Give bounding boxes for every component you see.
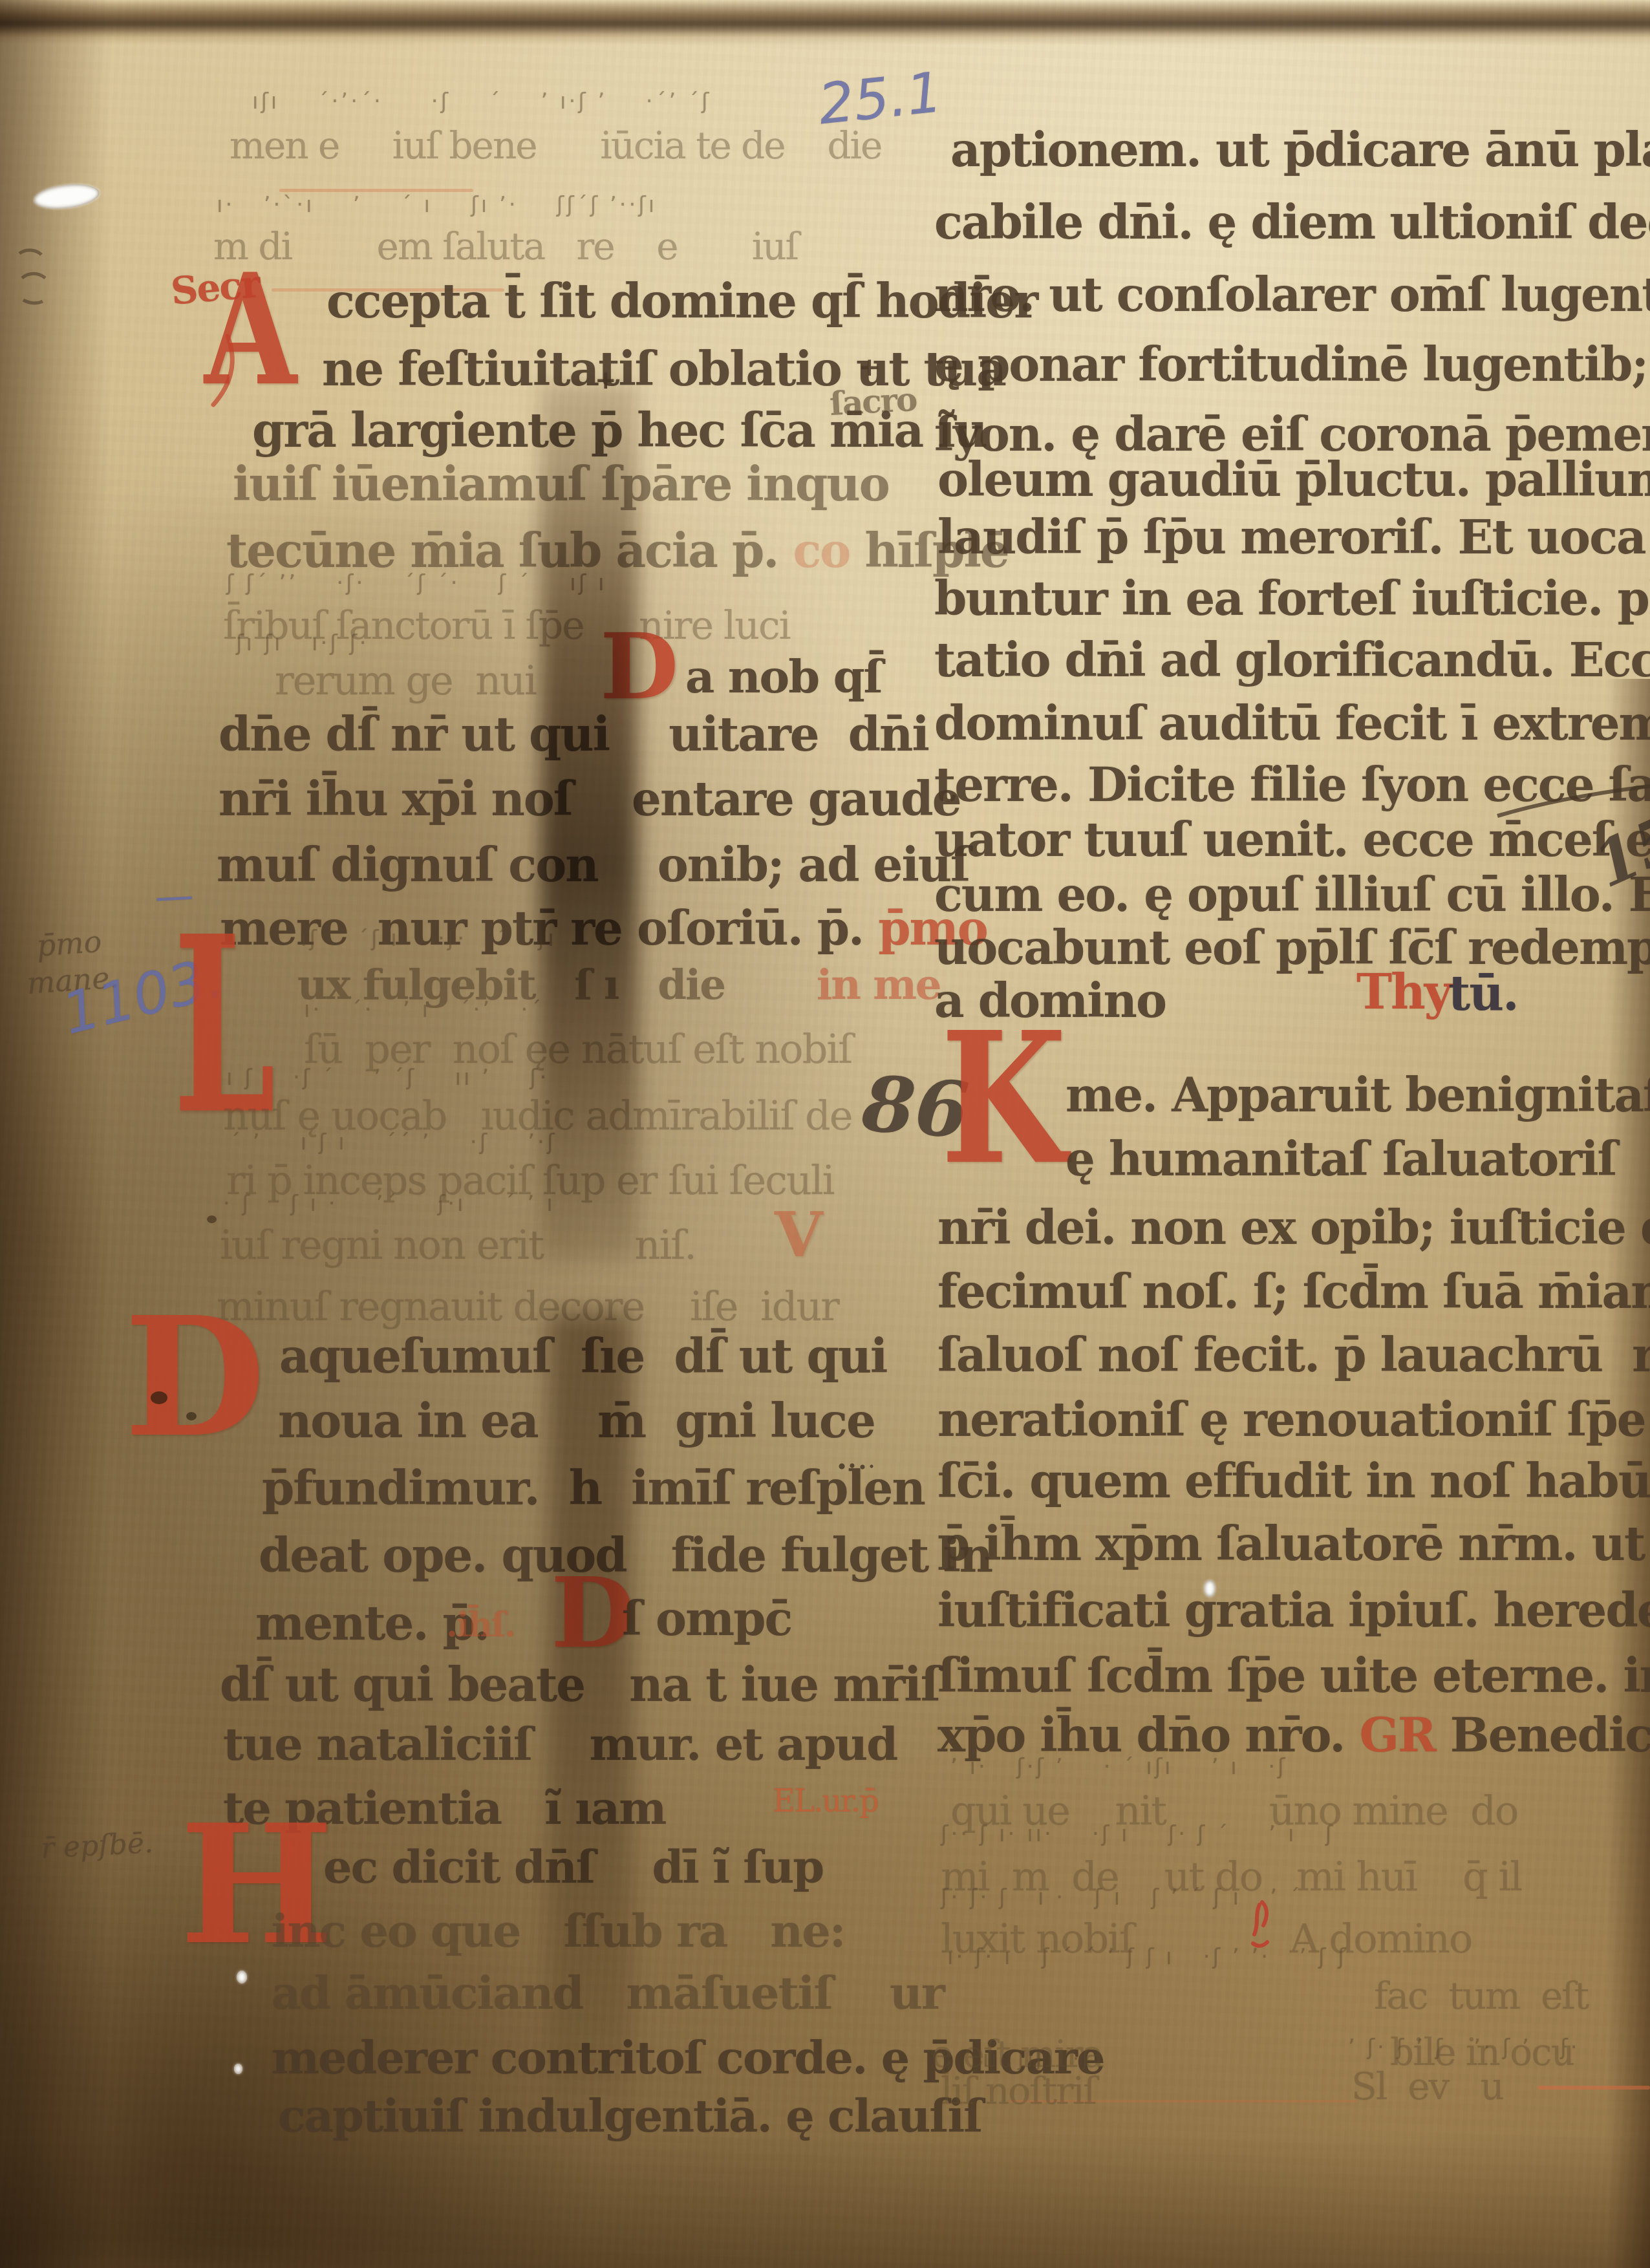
rubric-el-run-0: EL.ur.p̄ [773, 1783, 878, 1819]
line-l30-run-0: ad āmūciand māſuetiſ ur [272, 1966, 944, 2020]
ink-speck [207, 1215, 217, 1223]
line-r10-run-0: dominuſ auditū fecit ī extremiſ [934, 696, 1650, 751]
rubric-ihs-run-0: .ih̄ſ. [446, 1605, 515, 1645]
line-r23-run-0: p̄ ih̄m xp̄m ſaluatorē nr̄m. ut [937, 1516, 1644, 1571]
line-l9b: a nob qſ̄ [685, 654, 882, 700]
initial-d1-run-0: D [600, 614, 678, 720]
neume-row-32a: ıı ʃıʃ ʼ·ʃ [983, 2048, 1091, 2069]
punch-hole [237, 1971, 247, 1984]
rubric-ihs: .ih̄ſ. [446, 1609, 515, 1642]
line-r22-run-0: ſc̄i. quem effudit in noſ habūde [937, 1453, 1650, 1508]
line-r9-run-0: tatio dn̄i ad glorificandū. Ecce [934, 632, 1650, 687]
line-l10: dn̄e dſ̄ nr̄ ut qui uitare dn̄i [219, 711, 928, 758]
horizontal-crease-bottom [0, 0, 1650, 37]
pencil-251: 25.1 [816, 65, 945, 133]
line-l21-run-0: noua in ea m̄ gni luce [278, 1393, 875, 1448]
cross-2: + [859, 354, 879, 380]
line-l29-run-0: inc eo que ſſub ra ne: [272, 1904, 845, 1958]
line-l11-run-0: nr̄i ih̄u xp̄i noſ entare gaude [219, 771, 960, 826]
neume-row-9-run-0: ʃı ʃı ı·ʃ ʃ· [236, 630, 369, 656]
neume-row-16-run-0: ı ʃ ·ʃ ˊ ʼ ˊʃ ıı ʼ ʃ· [226, 1065, 549, 1091]
line-r19: fecimuſ noſ. ſ; ſcd̄m ſuā m̄iam [937, 1268, 1650, 1315]
neume-row-18-run-0: · ʃ ʃ ı · ʼˊ ʃ·ı ˊ ʼ ı [223, 1191, 555, 1217]
neume-row-29: ʃ· ʃ· ʃ ı · ʃ ı ʃ ʼ ˊ ʃ ı ʼ ˊ [941, 1887, 1303, 1909]
neume-row-17-run-0: ˊ ʼ ı ʃ ı ˊˊ ʼ ·ʃ ʼ·ʃ [230, 1129, 557, 1155]
line-l25: dſ̄ ut qui beate na t iue mr̄iſ [220, 1662, 939, 1708]
line-r20: ſaluoſ noſ fecit. p̄ lauachrū re [937, 1332, 1650, 1378]
neume-row-17: ˊ ʼ ı ʃ ı ˊˊ ʼ ·ʃ ʼ·ʃ [230, 1131, 557, 1153]
line-r14: uocabunt eoſ pp̄lſ ſc̄ſ redempti [934, 925, 1650, 971]
neume-row-14-run-0: ıʃ ˊʃ ı ·ʃ· ʼˊ ʃı [301, 926, 557, 952]
line-l21: noua in ea m̄ gni luce [278, 1398, 875, 1444]
line-l25-run-0: dſ̄ ut qui beate na t iue mr̄iſ [220, 1657, 939, 1712]
line-l20-run-0: aqueſumuſ ſıe dſ̄ ut qui [279, 1329, 886, 1384]
neume-row-32a-run-0: ıı ʃıʃ ʼ·ʃ [983, 2046, 1091, 2071]
line-l18-run-0: iuſ regni non erit niſ. [220, 1221, 696, 1268]
line-l19: minuſ regnauit decore iſe idur [217, 1287, 839, 1327]
neume-row-8: ʃ ʃˊ ʼʼ ·ʃ· ˊʃ ˊ· ʃ ˊ ıʃ ı [226, 572, 606, 594]
line-l15: ſū per noſ ęe nātuſ eſt nobiſ [304, 1029, 852, 1069]
line-l24b: ſ ompc̄ [622, 1596, 791, 1642]
line-r2-run-0: cabile dn̄i. ę diem ultioniſ deo [934, 195, 1650, 250]
initial-v-run-0: V [775, 1198, 822, 1271]
initial-d2-run-0: D [124, 1282, 266, 1473]
line-r30: fac tum eſt [1374, 1977, 1588, 2015]
line-r22: ſc̄i. quem effudit in noſ habūde [937, 1458, 1650, 1504]
rubric-el: EL.ur.p̄ [773, 1786, 878, 1817]
line-r8-run-0: buntur in ea forteſ iuſticie. plā [934, 571, 1650, 626]
line-l9-run-0: rerum ge nui [275, 657, 536, 704]
margin-epsbe: r̄ epſbē. [40, 1829, 154, 1863]
tear-slit [32, 181, 101, 212]
line-l12-run-0: muſ dignuſ con onib; ad eiuſ [217, 837, 969, 892]
initial-d2: D [124, 1296, 266, 1459]
line-l3: ccepta t̄ ſit domine qſ̄ hodier [327, 278, 1037, 325]
bottom-edge-shade [0, 2134, 1650, 2268]
cross-1: + [595, 367, 616, 393]
line-r23: p̄ ih̄m xp̄m ſaluatorē nr̄m. ut [937, 1521, 1644, 1567]
neume-row-2: ı· ʼ·ˋ·ı ʼ ˊ ı ʃı ʼ· ʃʃˊʃ ʼ··ʃı [217, 194, 657, 216]
line-l7-run-1: co [793, 523, 850, 578]
line-l24b-run-0: ſ ompc̄ [622, 1591, 791, 1646]
line-r6: oleum gaudiū p̄luctu. pallium [937, 456, 1650, 503]
line-l32: captiuiſ indulgentiā. ę clauſiſ [278, 2093, 981, 2139]
neume-row-14: ıʃ ˊʃ ı ·ʃ· ʼˊ ʃı [301, 928, 557, 950]
line-r7-run-0: laudiſ p̄ ſp̄u meroriſ. Et uoca [937, 509, 1645, 564]
gutter-sacro: ſacro [829, 383, 917, 420]
left-edge-scribble [19, 250, 45, 303]
line-r15b-run-0: tū. [1448, 966, 1518, 1022]
line-r2: cabile dn̄i. ę diem ultioniſ deo [934, 199, 1650, 246]
line-r13: cum eo. ę opuſ illiuſ cū illo. Et [934, 872, 1650, 918]
neume-row-29-run-0: ʃ· ʃ· ʃ ı · ʃ ı ʃ ʼ ˊ ʃ ı ʼ ˊ [941, 1885, 1303, 1910]
rubric-thy: Thy [1356, 968, 1451, 1016]
margin-pmo: p̄mo [36, 926, 103, 961]
line-r5: ſyon. ę darē eiſ coronā p̄emere [934, 411, 1650, 458]
line-r4: ę ponar fortitudinē lugentib; [934, 341, 1647, 388]
neume-row-15: ı· ˊ· ʼ ı ˊ·ʼ ·ˊ [304, 999, 544, 1021]
line-l26-run-0: tue nataliciiſ mur. et apud [223, 1717, 897, 1771]
neume-row-9: ʃı ʃı ı·ʃ ʃ· [236, 632, 369, 654]
line-r32b-run-0: Sl ev u [1351, 2064, 1503, 2108]
neume-row-2-run-0: ı· ʼ·ˋ·ı ʼ ˊ ı ʃı ʼ· ʃʃˊʃ ʼ··ʃı [217, 192, 657, 218]
line-r12: uator tuuſ uenit. ecce m̄ceſ eiuſ [934, 817, 1650, 863]
line-l1-run-0: men e iuſ bene iūcia te de die [230, 123, 881, 167]
initial-d1: D [600, 622, 678, 712]
line-l30: ad āmūciand māſuetiſ ur [272, 1971, 944, 2016]
line-r7: laudiſ p̄ ſp̄u meroriſ. Et uoca [937, 514, 1645, 561]
line-l26: tue nataliciiſ mur. et apud [223, 1722, 897, 1767]
line-l20: aqueſumuſ ſıe dſ̄ ut qui [279, 1333, 886, 1380]
line-l12: muſ dignuſ con onib; ad eiuſ [217, 842, 969, 888]
line-l9: rerum ge nui [275, 661, 536, 701]
margin-epsbe-run-0: r̄ epſbē. [40, 1826, 154, 1865]
neume-row-32b: ʼ ʃ· ʃ ʼ ʃ ʼ· ʃ ʼ ʃ· [1348, 2037, 1580, 2059]
line-r3-run-0: nr̄o. ut conſolarer om̄ſ lugenteſ [934, 267, 1650, 322]
line-r6-run-0: oleum gaudiū p̄luctu. pallium [937, 452, 1650, 507]
line-l6: iuiſ iūeniamuſ ſpāre inquo [233, 461, 889, 508]
initial-k-run-0: K [941, 992, 1067, 1205]
manuscript-page: ıʃı ˊ·ʼ·ˊ· ·ʃ ˊ ʼ ı·ʃ ʼ ·ˊʼ ˊʃmen e iuſ … [0, 0, 1650, 2268]
initial-a: A [204, 253, 297, 406]
line-r16: me. Apparuit benignitaſ [1066, 1072, 1650, 1118]
line-r17: ę humanitaſ ſaluatoriſ [1066, 1136, 1616, 1182]
line-l7: tecūne m̄ia ſub ācia p̄. co hīſplē [226, 528, 1009, 574]
neume-row-32b-run-0: ʼ ʃ· ʃ ʼ ʃ ʼ· ʃ ʼ ʃ· [1348, 2035, 1580, 2060]
neume-row-27: ʼ ı· ʃ·ʃ ʼ · ˊ ıʃı ʼ ı ·ʃ [950, 1756, 1287, 1778]
line-l11: nr̄i ih̄u xp̄i noſ entare gaude [219, 776, 960, 822]
line-l2-run-0: m di em ſaluta re e iuſ [213, 224, 798, 268]
neume-row-28-run-0: ʃ·· ʃ ı· ıı· ·ʃ ı ʃ· ʃ ˊ ʼ ı ʃ [941, 1821, 1335, 1847]
line-r32-run-0: liſ noſtriſ [941, 2069, 1096, 2113]
neume-row-28: ʃ·· ʃ ı· ıı· ·ʃ ı ʃ· ʃ ˊ ʼ ı ʃ [941, 1823, 1335, 1845]
line-r24: iuſtificati gratia ipiuſ. heredeſ [937, 1587, 1650, 1634]
line-l28: ec dicit dn̄ſ dī ĩ ſup [323, 1845, 823, 1890]
line-r14-run-0: uocabunt eoſ pp̄lſ ſc̄ſ redempti [934, 920, 1650, 975]
line-l1: men e iuſ bene iūcia te de die [230, 127, 881, 164]
line-r18-run-0: nr̄i dei. non ex opib; iuſticie que [937, 1200, 1650, 1255]
initial-v: V [775, 1204, 822, 1266]
line-l18: iuſ regni non erit niſ. [220, 1225, 696, 1265]
neume-row-15-run-0: ı· ˊ· ʼ ı ˊ·ʼ ·ˊ [304, 997, 544, 1023]
line-r18: nr̄i dei. non ex opib; iuſticie que [937, 1204, 1650, 1251]
neume-row-30: ı· ʃ· ı ʃ ˊ ˊ ʼ ʃ ʃ ı ·ʃ ʼ ʼ· ʼ ʃ ʃ [947, 1946, 1348, 1968]
neume-row-1-run-0: ıʃı ˊ·ʼ·ˊ· ·ʃ ˊ ʼ ı·ʃ ʼ ·ˊʼ ˊʃ [252, 89, 712, 114]
neume-row-8-run-0: ʃ ʃˊ ʼʼ ·ʃ· ˊʃ ˊ· ʃ ˊ ıʃ ı [226, 570, 606, 596]
line-r25: ſimuſ ſcd̄m ſp̄e uite eterne. in [937, 1653, 1650, 1699]
line-l22-run-0: p̄fundimur. h imīſ reſplen [262, 1460, 925, 1515]
line-r4-run-0: ę ponar fortitudinē lugentib; [934, 337, 1647, 392]
line-l9b-run-0: a nob qſ̄ [685, 650, 882, 703]
left-edge-shade [0, 0, 110, 2268]
line-r24-run-0: iuſtificati gratia ipiuſ. heredeſ [937, 1583, 1650, 1638]
line-r20-run-0: ſaluoſ noſ fecit. p̄ lauachrū re [937, 1327, 1650, 1382]
line-r10: dominuſ auditū fecit ī extremiſ [934, 700, 1650, 747]
line-r8: buntur in ea forteſ iuſticie. plā [934, 575, 1650, 622]
line-r26-run-2: Benedictuſ [1435, 1707, 1650, 1762]
line-r32: liſ noſtriſ [941, 2072, 1096, 2110]
line-l19-run-0: minuſ regnauit decore iſe idur [217, 1283, 839, 1330]
line-r32b: Sl ev u [1351, 2068, 1503, 2105]
pencil-251-run-0: 25.1 [815, 60, 945, 137]
line-r3: nr̄o. ut conſolarer om̄ſ lugenteſ [934, 272, 1650, 318]
rubric-thy-run-0: Thy [1356, 965, 1451, 1020]
horizontal-crease-top [0, 0, 1650, 45]
line-l6-run-0: iuiſ iūeniamuſ ſpāre inquo [233, 456, 889, 511]
line-r11: terre. Dicite filie ſyon ecce ſal [934, 762, 1650, 808]
punch-hole [1204, 1580, 1216, 1597]
cross-1-run-0: + [595, 365, 616, 395]
line-r25-run-0: ſimuſ ſcd̄m ſp̄e uite eterne. in [937, 1648, 1650, 1703]
line-l10-run-0: dn̄e dſ̄ nr̄ ut qui uitare dn̄i [219, 707, 928, 762]
line-r17-run-0: ę humanitaſ ſaluatoriſ [1066, 1131, 1616, 1186]
line-l3-run-0: ccepta t̄ ſit domine qſ̄ hodier [327, 273, 1037, 328]
line-r12-run-0: uator tuuſ uenit. ecce m̄ceſ eiuſ [934, 812, 1650, 867]
line-r15b: tū. [1448, 970, 1518, 1018]
neume-row-18: · ʃ ʃ ı · ʼˊ ʃ·ı ˊ ʼ ı [223, 1193, 555, 1215]
line-r11-run-0: terre. Dicite filie ſyon ecce ſal [934, 757, 1650, 812]
initial-a-run-0: A [204, 240, 297, 420]
line-l28-run-0: ec dicit dn̄ſ dī ĩ ſup [323, 1840, 823, 1894]
line-r13-run-0: cum eo. ę opuſ illiuſ cū illo. Et [934, 867, 1650, 922]
gutter-sacro-run-0: ſacro [829, 380, 917, 423]
line-r1: aptionem. ut p̄dicare ānū pla [950, 127, 1650, 173]
line-r26-run-1: GR [1359, 1707, 1435, 1762]
orange-underline [1537, 2086, 1650, 2090]
line-r30-run-0: fac tum eſt [1374, 1974, 1588, 2018]
line-r21-run-0: nerationiſ ę renouationiſ ſp̄e [937, 1392, 1645, 1447]
line-l32-run-0: captiuiſ indulgentiā. ę clauſiſ [278, 2089, 981, 2143]
cross-2-run-0: + [859, 352, 879, 382]
line-r1-run-0: aptionem. ut p̄dicare ānū pla [950, 122, 1650, 177]
line-r21: nerationiſ ę renouationiſ ſp̄e [937, 1396, 1645, 1443]
initial-k: K [941, 1009, 1067, 1190]
line-l22: p̄fundimur. h imīſ reſplen [262, 1465, 925, 1512]
line-l14-run-1: in me [817, 961, 941, 1009]
line-l2: m di em ſaluta re e iuſ [213, 228, 798, 265]
neume-row-1: ıʃı ˊ·ʼ·ˊ· ·ʃ ˊ ʼ ı·ʃ ʼ ·ˊʼ ˊʃ [252, 91, 712, 112]
punch-hole [234, 2064, 242, 2074]
line-r16-run-0: me. Apparuit benignitaſ [1066, 1067, 1650, 1122]
line-r19-run-0: fecimuſ noſ. ſ; ſcd̄m ſuā m̄iam [937, 1264, 1650, 1319]
neume-row-30-run-0: ı· ʃ· ı ʃ ˊ ˊ ʼ ʃ ʃ ı ·ʃ ʼ ʼ· ʼ ʃ ʃ [947, 1944, 1348, 1970]
line-l29: inc eo que ſſub ra ne: [272, 1909, 845, 1954]
neume-row-27-run-0: ʼ ı· ʃ·ʃ ʼ · ˊ ıʃı ʼ ı ·ʃ [950, 1754, 1287, 1780]
margin-pmo-run-0: p̄mo [36, 924, 103, 963]
line-r9: tatio dn̄i ad glorificandū. Ecce [934, 637, 1650, 683]
line-r26: xp̄o ih̄u dn̄o nr̄o. GR Benedictuſ [937, 1712, 1650, 1759]
neume-row-16: ı ʃ ·ʃ ˊ ʼ ˊʃ ıı ʼ ʃ· [226, 1067, 549, 1089]
